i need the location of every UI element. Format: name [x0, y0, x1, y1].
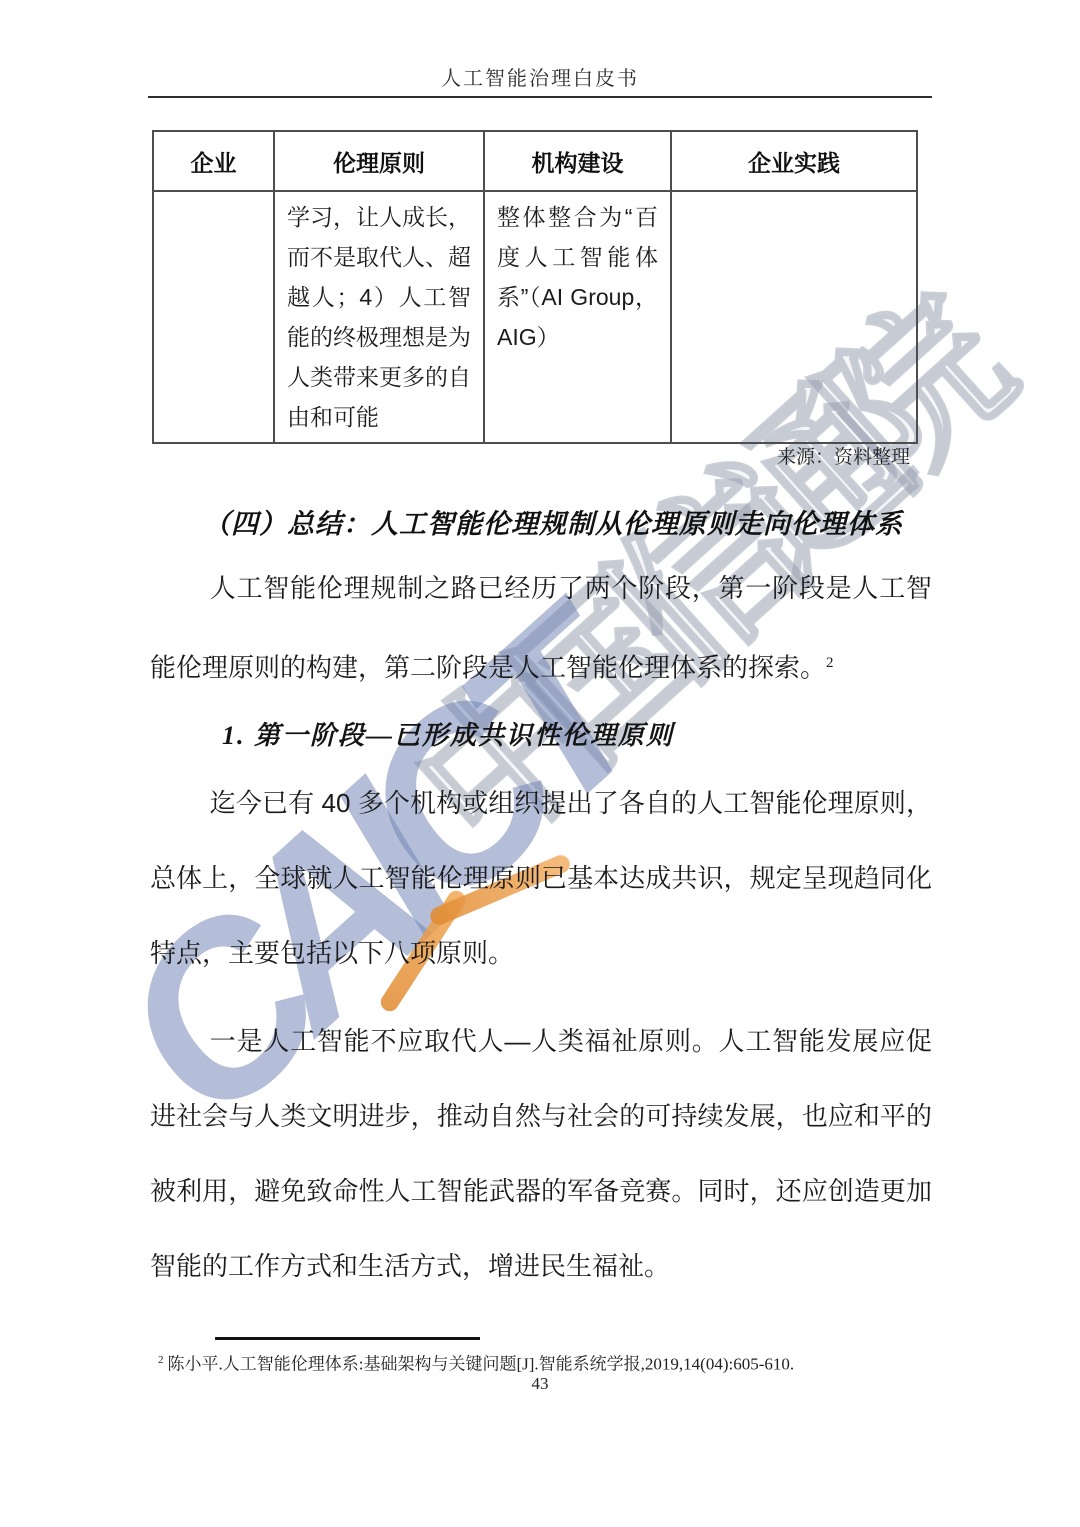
running-header-title: 人工智能治理白皮书 [0, 62, 1080, 91]
footnote-marker: 2 [158, 1354, 164, 1366]
paragraph-consensus-principles: 迄今已有 40 多个机构或组织提出了各自的人工智能伦理原则，总体上，全球就人工智… [150, 766, 932, 991]
subsection-heading: 1. 第一阶段—已形成共识性伦理原则 [150, 716, 932, 756]
paragraph-two-stages: 人工智能伦理规制之路已经历了两个阶段，第一阶段是人工智能伦理原则的构建，第二阶段… [150, 551, 932, 706]
table-header-enterprise-practice: 企业实践 [671, 131, 917, 191]
footnote-text: 陈小平.人工智能伦理体系:基础架构与关键问题[J].智能系统学报,2019,14… [168, 1355, 795, 1374]
paragraph-text: 人工智能伦理规制之路已经历了两个阶段，第一阶段是人工智能伦理原则的构建，第二阶段… [150, 573, 932, 683]
table-source-note: 来源：资料整理 [150, 442, 910, 469]
table-cell-enterprise [153, 191, 274, 443]
table-cell-enterprise-practice [671, 191, 917, 443]
table-cell-institution-building: 整体整合为“百度人工智能体系”（AI Group，AIG） [484, 191, 671, 443]
footnote-reference: 2 [826, 655, 834, 671]
table-header-enterprise: 企业 [153, 131, 274, 191]
page-content: 人工智能治理白皮书 企业 伦理原则 机构建设 企业实践 学习，让人成长，而不是取… [0, 0, 1080, 1527]
page-number: 43 [0, 1374, 1080, 1394]
footnote-separator-rule [215, 1337, 480, 1340]
table-row: 学习，让人成长，而不是取代人、超越人；4）人工智能的终极理想是为人类带来更多的自… [153, 191, 917, 443]
ethics-principles-table: 企业 伦理原则 机构建设 企业实践 学习，让人成长，而不是取代人、超越人；4）人… [152, 130, 918, 444]
section-heading: （四）总结：人工智能伦理规制从伦理原则走向伦理体系 [150, 504, 932, 544]
document-page: 中国信通院 CAICT 人工智能治理白皮书 企业 伦理原则 机构建设 企业实践 [0, 0, 1080, 1527]
table-header-ethical-principles: 伦理原则 [274, 131, 484, 191]
table-header-institution-building: 机构建设 [484, 131, 671, 191]
paragraph-human-welfare-principle: 一是人工智能不应取代人—人类福祉原则。人工智能发展应促进社会与人类文明进步，推动… [150, 1004, 932, 1304]
footnote: 2陈小平.人工智能伦理体系:基础架构与关键问题[J].智能系统学报,2019,1… [158, 1348, 958, 1377]
header-rule [148, 96, 932, 98]
table-cell-ethical-principles: 学习，让人成长，而不是取代人、超越人；4）人工智能的终极理想是为人类带来更多的自… [274, 191, 484, 443]
table-header-row: 企业 伦理原则 机构建设 企业实践 [153, 131, 917, 191]
